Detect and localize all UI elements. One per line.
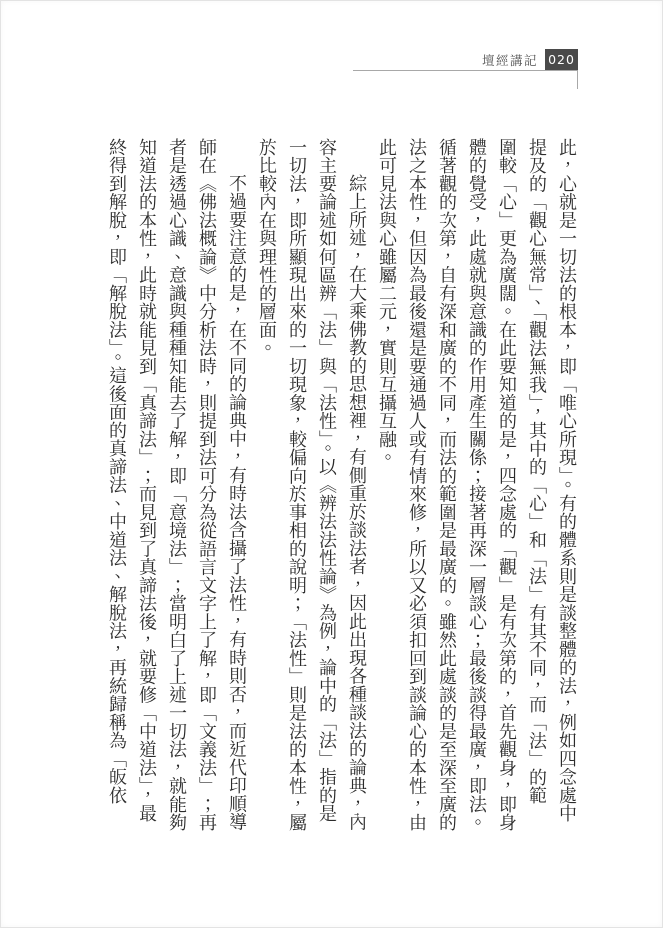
text-column: 者是透過心識、意識與種種知能去了解，即「意境法」；當明白了上述一切法，就能夠 — [162, 138, 192, 842]
text-column: 循著觀的次第，自有深和廣的不同，而法的範圍是最廣的。雖然此處談的是至深至廣的 — [432, 138, 462, 842]
text-column: 法之本性，但因為最後還是要通過人或有情來修，所以又必須扣回到談論心的本性，由 — [402, 138, 432, 842]
text-column: 知道法的本性，此時就能見到「真諦法」；而見到了真諦法後，就要修「中道法」，最 — [132, 138, 162, 842]
book-page: 壇經講記 020 此，心就是一切法的根本，即「唯心所現」。有的體系則是談整體的法… — [0, 0, 663, 928]
text-column: 師在《佛法概論》中分析法時，則提到法可分為從語言文字上了解，即「文義法」；再 — [192, 138, 222, 842]
body-text: 此，心就是一切法的根本，即「唯心所現」。有的體系則是談整體的法，例如四念處中提及… — [102, 138, 582, 842]
text-column: 體的覺受，此處就與意識的作用產生關係；接著再深一層談心；最後談得最廣，即法。 — [462, 138, 492, 842]
header-vertical-rule — [577, 70, 578, 89]
text-column: 提及的「觀心無常」、「觀法無我」，其中的「心」和「法」有其不同，而「法」的範 — [522, 138, 552, 842]
text-column: 此可見法與心雖屬二元，實則互攝互融。 — [372, 138, 402, 842]
text-column: 容主要論述如何區辨「法」與「法性」。以《辨法法性論》為例，論中的「法」指的是 — [312, 138, 342, 842]
text-column: 於比較內在與理性的層面。 — [252, 138, 282, 842]
text-column: 不過要注意的是，在不同的論典中，有時法含攝了法性，有時則否，而近代印順導 — [222, 138, 252, 842]
text-column: 一切法，即所顯現出來的一切現象，較偏向於事相的說明；「法性」則是法的本性，屬 — [282, 138, 312, 842]
page-number-badge: 020 — [545, 49, 578, 70]
book-title: 壇經講記 — [482, 51, 538, 69]
text-column: 綜上所述，在大乘佛教的思想裡，有側重於談法者，因此出現各種談法的論典，內 — [342, 138, 372, 842]
text-column: 終得到解脫，即「解脫法」。這後面的真諦法、中道法、解脫法，再統歸稱為「皈依 — [102, 138, 132, 842]
text-column: 此，心就是一切法的根本，即「唯心所現」。有的體系則是談整體的法，例如四念處中 — [552, 138, 582, 842]
header-horizontal-rule — [353, 70, 578, 71]
text-column: 圍較「心」更為廣闊。在此要知道的是，四念處的「觀」是有次第的，首先觀身，即身 — [492, 138, 522, 842]
